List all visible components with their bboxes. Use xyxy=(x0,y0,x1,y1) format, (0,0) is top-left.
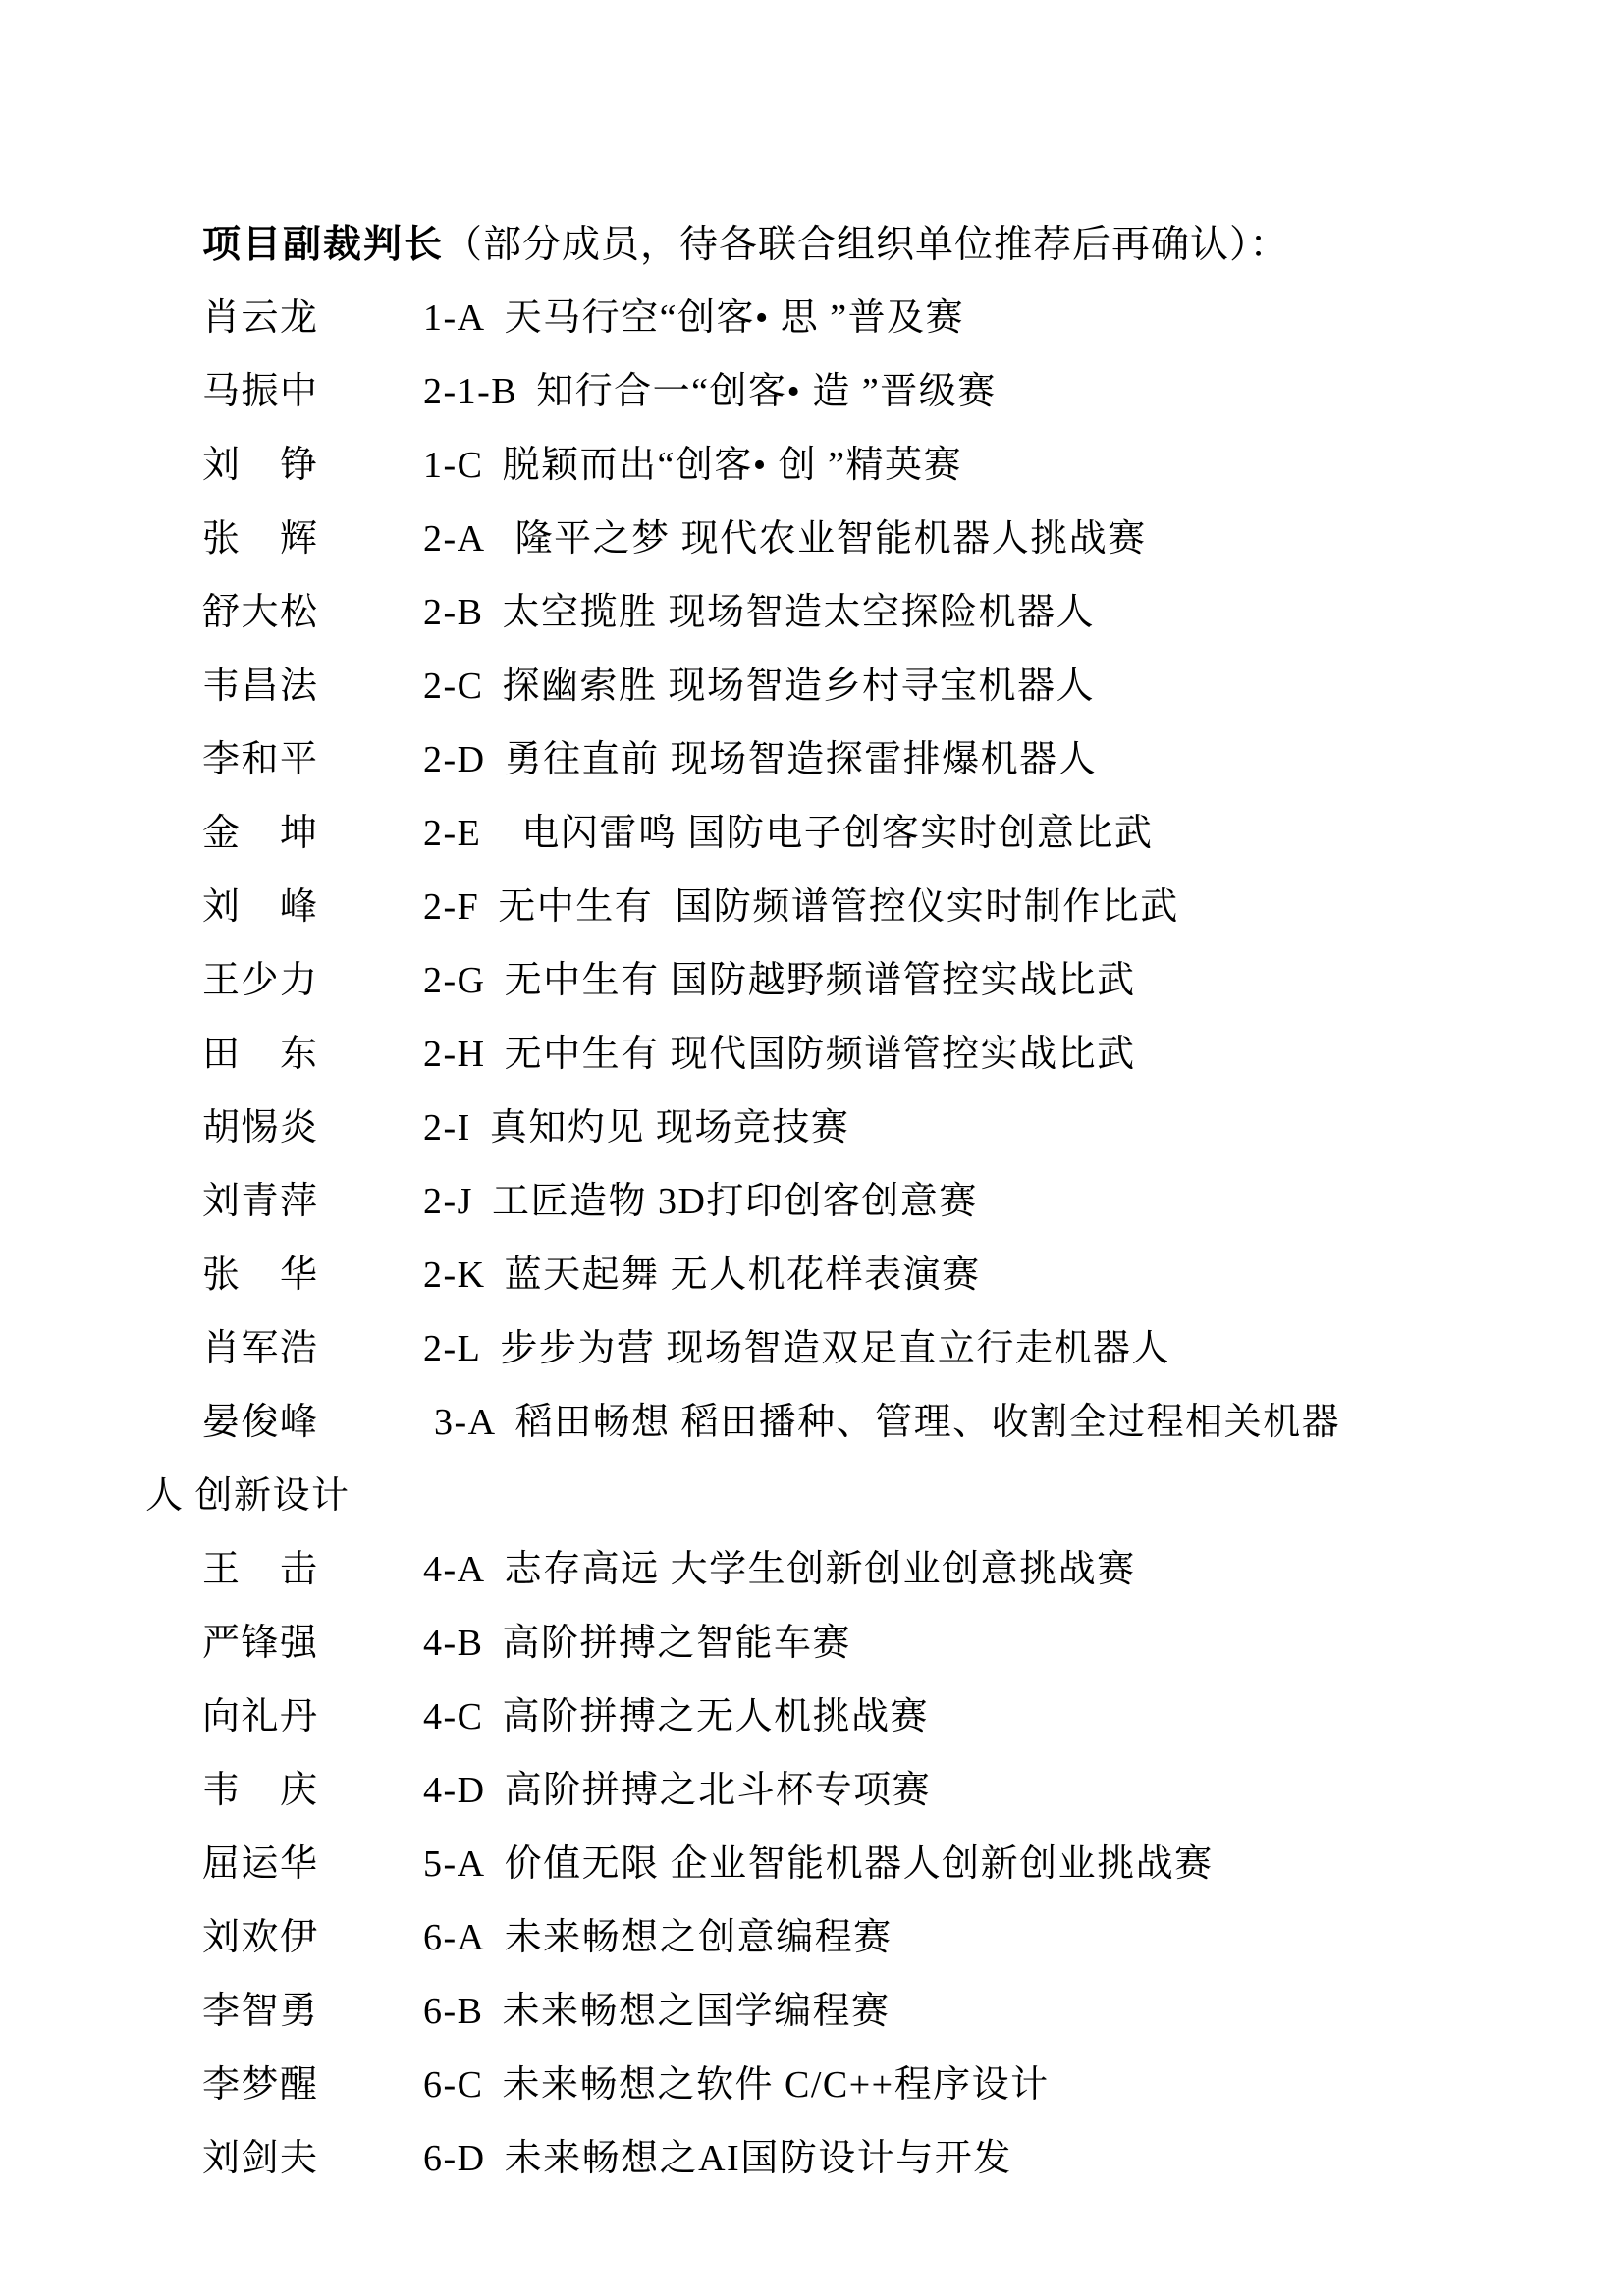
event-title: 脱颖而出“创客• 创 ”精英赛 xyxy=(503,429,1517,503)
referee-row: 田 东2-H无中生有 现代国防频谱管控实战比武 xyxy=(202,1018,1516,1092)
referee-name: 刘 铮 xyxy=(202,429,423,503)
referee-row: 张 华2-K蓝天起舞 无人机花样表演赛 xyxy=(202,1239,1516,1312)
event-code: 2-H xyxy=(423,1018,486,1092)
referee-name: 向礼丹 xyxy=(202,1681,423,1754)
referee-row: 舒大松2-B太空揽胜 现场智造太空探险机器人 xyxy=(202,576,1516,650)
referee-row: 肖云龙1-A天马行空“创客• 思 ”普及赛 xyxy=(202,282,1516,355)
referee-row: 韦 庆4-D高阶拼搏之北斗杯专项赛 xyxy=(202,1754,1516,1828)
event-code: 1-C xyxy=(423,429,484,503)
referee-name: 肖云龙 xyxy=(202,282,423,355)
referee-name: 刘剑夫 xyxy=(202,2122,423,2196)
referee-row: 李智勇6-B未来畅想之国学编程赛 xyxy=(202,1975,1516,2049)
event-title: 未来畅想之软件 C/C++程序设计 xyxy=(503,2049,1517,2122)
event-title: 高阶拼搏之无人机挑战赛 xyxy=(503,1681,1517,1754)
referee-name: 马振中 xyxy=(202,355,423,429)
referee-row: 胡惕炎2-I真知灼见 现场竞技赛 xyxy=(202,1092,1516,1165)
heading-note: （部分成员，待各联合组织单位推荐后再确认）： xyxy=(444,224,1289,266)
referee-name: 严锋强 xyxy=(202,1607,423,1681)
referee-name: 金 坤 xyxy=(202,797,423,871)
heading-title: 项目副裁判长 xyxy=(202,224,444,266)
event-title: 稻田畅想 稻田播种、管理、收割全过程相关机器 xyxy=(515,1386,1516,1460)
referee-row: 晏俊峰 3-A稻田畅想 稻田播种、管理、收割全过程相关机器 xyxy=(202,1386,1516,1460)
referee-row: 刘 峰2-F无中生有 国防频谱管控仪实时制作比武 xyxy=(202,871,1516,944)
event-title: 无中生有 现代国防频谱管控实战比武 xyxy=(505,1018,1516,1092)
event-title: 步步为营 现场智造双足直立行走机器人 xyxy=(500,1312,1516,1386)
event-code: 6-D xyxy=(423,2122,486,2196)
event-title: 隆平之梦 现代农业智能机器人挑战赛 xyxy=(505,503,1516,576)
referee-name: 韦昌法 xyxy=(202,650,423,723)
event-title: 志存高远 大学生创新创业创意挑战赛 xyxy=(505,1533,1516,1607)
referee-row: 金 坤2-E 电闪雷鸣 国防电子创客实时创意比武 xyxy=(202,797,1516,871)
event-code: 4-B xyxy=(423,1607,484,1681)
referee-name: 舒大松 xyxy=(202,576,423,650)
event-code: 4-D xyxy=(423,1754,486,1828)
referee-name: 刘 峰 xyxy=(202,871,423,944)
event-title: 真知灼见 现场竞技赛 xyxy=(490,1092,1516,1165)
event-code: 5-A xyxy=(423,1828,486,1901)
event-title: 电闪雷鸣 国防电子创客实时创意比武 xyxy=(500,797,1516,871)
referee-row: 马振中2-1-B知行合一“创客• 造 ”晋级赛 xyxy=(202,355,1516,429)
referee-name: 张 华 xyxy=(202,1239,423,1312)
event-code: 1-A xyxy=(423,282,486,355)
event-title: 价值无限 企业智能机器人创新创业挑战赛 xyxy=(505,1828,1516,1901)
event-code: 2-J xyxy=(423,1165,473,1239)
referee-row: 屈运华5-A价值无限 企业智能机器人创新创业挑战赛 xyxy=(202,1828,1516,1901)
row-continuation: 人 创新设计 xyxy=(145,1460,1516,1533)
event-title: 未来畅想之AI国防设计与开发 xyxy=(505,2122,1516,2196)
document-content: 项目副裁判长（部分成员，待各联合组织单位推荐后再确认）： 肖云龙1-A天马行空“… xyxy=(145,208,1516,2196)
event-code: 6-B xyxy=(423,1975,484,2049)
event-code: 2-C xyxy=(423,650,484,723)
event-code: 2-D xyxy=(423,723,486,797)
event-code: 2-E xyxy=(423,797,481,871)
referee-name: 屈运华 xyxy=(202,1828,423,1901)
event-code: 6-C xyxy=(423,2049,484,2122)
referee-row: 李梦醒6-C未来畅想之软件 C/C++程序设计 xyxy=(202,2049,1516,2122)
event-title: 太空揽胜 现场智造太空探险机器人 xyxy=(503,576,1517,650)
event-code: 4-C xyxy=(423,1681,484,1754)
referee-row: 韦昌法2-C探幽索胜 现场智造乡村寻宝机器人 xyxy=(202,650,1516,723)
referee-name: 李和平 xyxy=(202,723,423,797)
referee-name: 李梦醒 xyxy=(202,2049,423,2122)
referee-row: 王 击4-A志存高远 大学生创新创业创意挑战赛 xyxy=(202,1533,1516,1607)
event-code: 2-1-B xyxy=(423,355,517,429)
referee-row: 刘剑夫6-D未来畅想之AI国防设计与开发 xyxy=(202,2122,1516,2196)
referee-row: 刘青萍2-J工匠造物 3D打印创客创意赛 xyxy=(202,1165,1516,1239)
event-code: 2-I xyxy=(423,1092,471,1165)
event-code: 4-A xyxy=(423,1533,486,1607)
section-heading: 项目副裁判长（部分成员，待各联合组织单位推荐后再确认）： xyxy=(202,208,1516,282)
event-title: 蓝天起舞 无人机花样表演赛 xyxy=(505,1239,1516,1312)
event-title: 高阶拼搏之智能车赛 xyxy=(503,1607,1517,1681)
referee-name: 王少力 xyxy=(202,944,423,1018)
event-code: 3-A xyxy=(423,1386,497,1460)
event-title: 未来畅想之国学编程赛 xyxy=(503,1975,1517,2049)
event-title: 高阶拼搏之北斗杯专项赛 xyxy=(505,1754,1516,1828)
event-title: 无中生有 国防越野频谱管控实战比武 xyxy=(505,944,1516,1018)
referee-row: 张 辉2-A 隆平之梦 现代农业智能机器人挑战赛 xyxy=(202,503,1516,576)
referee-name: 晏俊峰 xyxy=(202,1386,423,1460)
event-code: 2-K xyxy=(423,1239,486,1312)
referee-row: 刘欢伊6-A未来畅想之创意编程赛 xyxy=(202,1901,1516,1975)
event-code: 2-L xyxy=(423,1312,481,1386)
referee-name: 肖军浩 xyxy=(202,1312,423,1386)
referee-name: 刘青萍 xyxy=(202,1165,423,1239)
event-title: 探幽索胜 现场智造乡村寻宝机器人 xyxy=(503,650,1517,723)
event-title: 勇往直前 现场智造探雷排爆机器人 xyxy=(505,723,1516,797)
referee-list: 肖云龙1-A天马行空“创客• 思 ”普及赛马振中2-1-B知行合一“创客• 造 … xyxy=(145,282,1516,2196)
event-title: 天马行空“创客• 思 ”普及赛 xyxy=(505,282,1516,355)
event-title: 工匠造物 3D打印创客创意赛 xyxy=(492,1165,1516,1239)
referee-row: 刘 铮1-C脱颖而出“创客• 创 ”精英赛 xyxy=(202,429,1516,503)
referee-row: 严锋强4-B高阶拼搏之智能车赛 xyxy=(202,1607,1516,1681)
event-code: 6-A xyxy=(423,1901,486,1975)
referee-row: 肖军浩2-L步步为营 现场智造双足直立行走机器人 xyxy=(202,1312,1516,1386)
referee-name: 田 东 xyxy=(202,1018,423,1092)
referee-name: 韦 庆 xyxy=(202,1754,423,1828)
event-title: 知行合一“创客• 造 ”晋级赛 xyxy=(536,355,1516,429)
referee-name: 李智勇 xyxy=(202,1975,423,2049)
event-code: 2-G xyxy=(423,944,486,1018)
referee-row: 李和平2-D勇往直前 现场智造探雷排爆机器人 xyxy=(202,723,1516,797)
event-title: 未来畅想之创意编程赛 xyxy=(505,1901,1516,1975)
referee-name: 王 击 xyxy=(202,1533,423,1607)
referee-name: 张 辉 xyxy=(202,503,423,576)
referee-name: 胡惕炎 xyxy=(202,1092,423,1165)
event-code: 2-B xyxy=(423,576,484,650)
event-title: 无中生有 国防频谱管控仪实时制作比武 xyxy=(498,871,1516,944)
referee-row: 王少力2-G无中生有 国防越野频谱管控实战比武 xyxy=(202,944,1516,1018)
event-code: 2-F xyxy=(423,871,479,944)
event-code: 2-A xyxy=(423,503,486,576)
document-page: 项目副裁判长（部分成员，待各联合组织单位推荐后再确认）： 肖云龙1-A天马行空“… xyxy=(0,0,1624,2296)
referee-name: 刘欢伊 xyxy=(202,1901,423,1975)
referee-row: 向礼丹4-C高阶拼搏之无人机挑战赛 xyxy=(202,1681,1516,1754)
